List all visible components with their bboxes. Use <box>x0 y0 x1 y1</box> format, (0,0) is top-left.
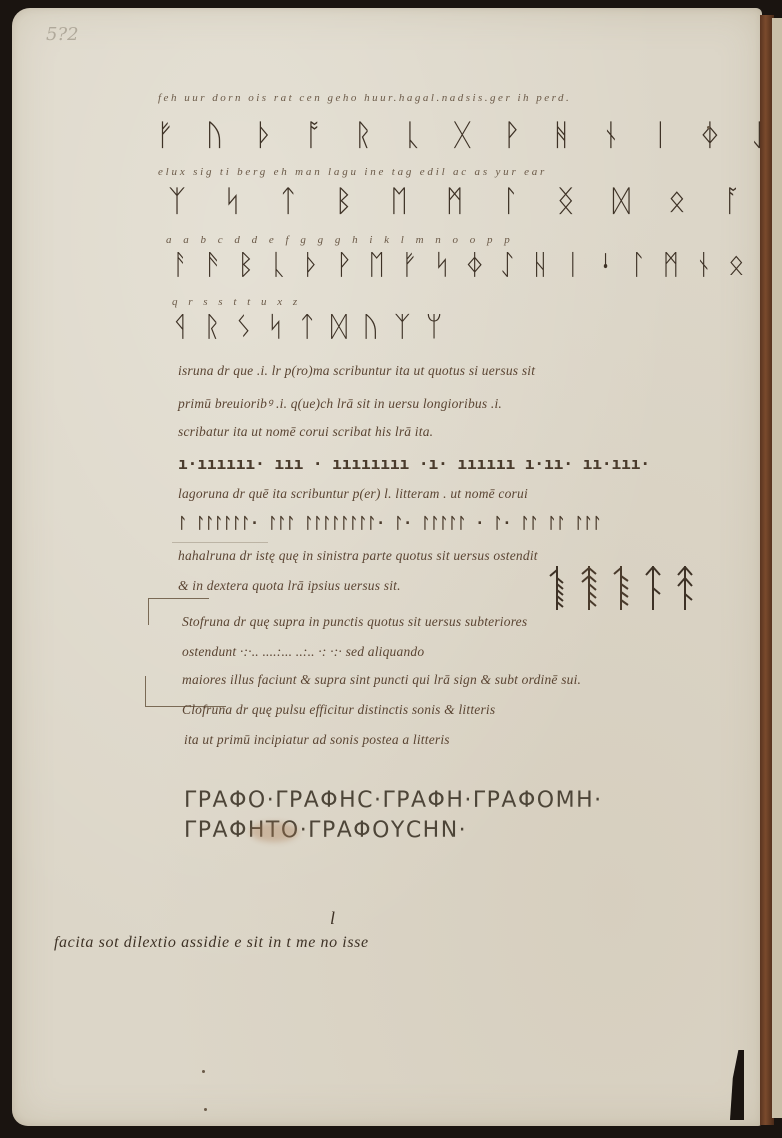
manuscript-viewer: 5?2 feh uur dorn ois rat cen geho huur.h… <box>0 0 782 1138</box>
alphabet-runes-row-2: ᛩ ᚱ ᛊ ᛋ ᛏ ᛞ ᚢ ᛉ ᛘ <box>172 310 445 343</box>
clofruna-line-2: ita ut primū incipiatur ad sonis postea … <box>184 732 450 748</box>
bottom-superscript: l <box>330 908 335 929</box>
isruna-tally-marks: ı·ıııııı· ııı · ıııııııı ·ı· ıııııı ı·ıı… <box>178 454 650 473</box>
hahalruna-tree-runes <box>548 564 694 612</box>
tree-rune-icon <box>580 564 598 612</box>
ruling-line <box>172 542 268 543</box>
tree-rune-icon <box>676 564 694 612</box>
hahalruna-line-2: & in dextera quota lrā ipsius uersus sit… <box>178 578 401 594</box>
parchment-speck <box>202 1070 205 1073</box>
lagoruna-line-1: lagoruna dr quē ita scribuntur p(er) l. … <box>178 486 528 502</box>
alphabet-runes-row-1: ᚨ ᚫ ᛒ ᚳ ᚦ ᚹ ᛖ ᚠ ᛋ ᛄ ᛇ ᚺ ᛁ ᛍ ᛚ ᛗ ᚾ ᛟ ᚩ ᛈ … <box>172 248 762 281</box>
clofruna-line-1: Clofruna dr quę pulsu efficitur distinct… <box>182 702 495 718</box>
manuscript-page: 5?2 feh uur dorn ois rat cen geho huur.h… <box>12 8 762 1126</box>
futhorc-names-row-2: elux sig ti berg eh man lagu ine tag edi… <box>158 166 547 178</box>
tree-rune-icon <box>644 564 662 612</box>
greek-conjugation-line-1: ΓΡΑΦΟ·ΓΡΑΦΗϹ·ΓΡΑΦΗ·ΓΡΑΦΟΜΗ· <box>184 788 603 813</box>
stofruna-line-2: ostendunt ·:·.. ....:... ..:.. ·: ·:· se… <box>182 644 424 660</box>
futhorc-runes-row-1: ᚠ ᚢ ᚦ ᚩ ᚱ ᚳ ᚷ ᚹ ᚻ ᚾ ᛁ ᛄ ᛇ ᛈ <box>156 118 762 153</box>
greek-conjugation-line-2: ΓΡΑΦΗΤΟ·ΓΡΑΦΟΥϹΗΝ· <box>184 818 467 843</box>
futhorc-runes-row-2: ᛉ ᛋ ᛏ ᛒ ᛖ ᛗ ᛚ ᛝ ᛞ ᛟ ᚪ ᚫ ᚣ ᛠ <box>168 184 762 219</box>
isruna-line-3: scribatur ita ut nomē corui scribat his … <box>178 424 433 440</box>
facing-page-edge <box>772 18 782 1118</box>
pen-trial-line: facita sot dilextio assidie e sit in t m… <box>54 934 369 952</box>
tree-rune-icon <box>612 564 630 612</box>
parchment-speck <box>204 1108 207 1111</box>
isruna-line-1: isruna dr que .i. lr p(ro)ma scribuntur … <box>178 363 535 379</box>
tree-rune-icon <box>548 564 566 612</box>
lagoruna-runes: ᛚ ᛚᛚᛚᛚᛚᛚ· ᛚᛚᛚ ᛚᛚᛚᛚᛚᛚᛚᛚ· ᛚ· ᛚᛚᛚᛚᛚ · ᛚ· ᛚᛚ… <box>178 514 601 532</box>
parchment-speck <box>707 126 710 129</box>
isruna-line-2: primū breuioribꝰ .i. q(ue)ch lrā sit in … <box>178 394 502 412</box>
stofruna-line-1: Stofruna dr quę supra in punctis quotus … <box>182 614 527 630</box>
stofruna-line-3: maiores illus faciunt & supra sint punct… <box>182 672 581 688</box>
alphabet-letters-row-1: a a b c d d e f g g g h i k l m n o o p … <box>166 234 514 246</box>
futhorc-names-row-1: feh uur dorn ois rat cen geho huur.hagal… <box>158 92 571 104</box>
hahalruna-line-1: hahalruna dr istę quę in sinistra parte … <box>178 548 538 564</box>
ink-stain <box>250 822 298 842</box>
folio-number: 5?2 <box>46 24 79 45</box>
alphabet-letters-row-2: q r s s t t u x z <box>172 296 301 308</box>
